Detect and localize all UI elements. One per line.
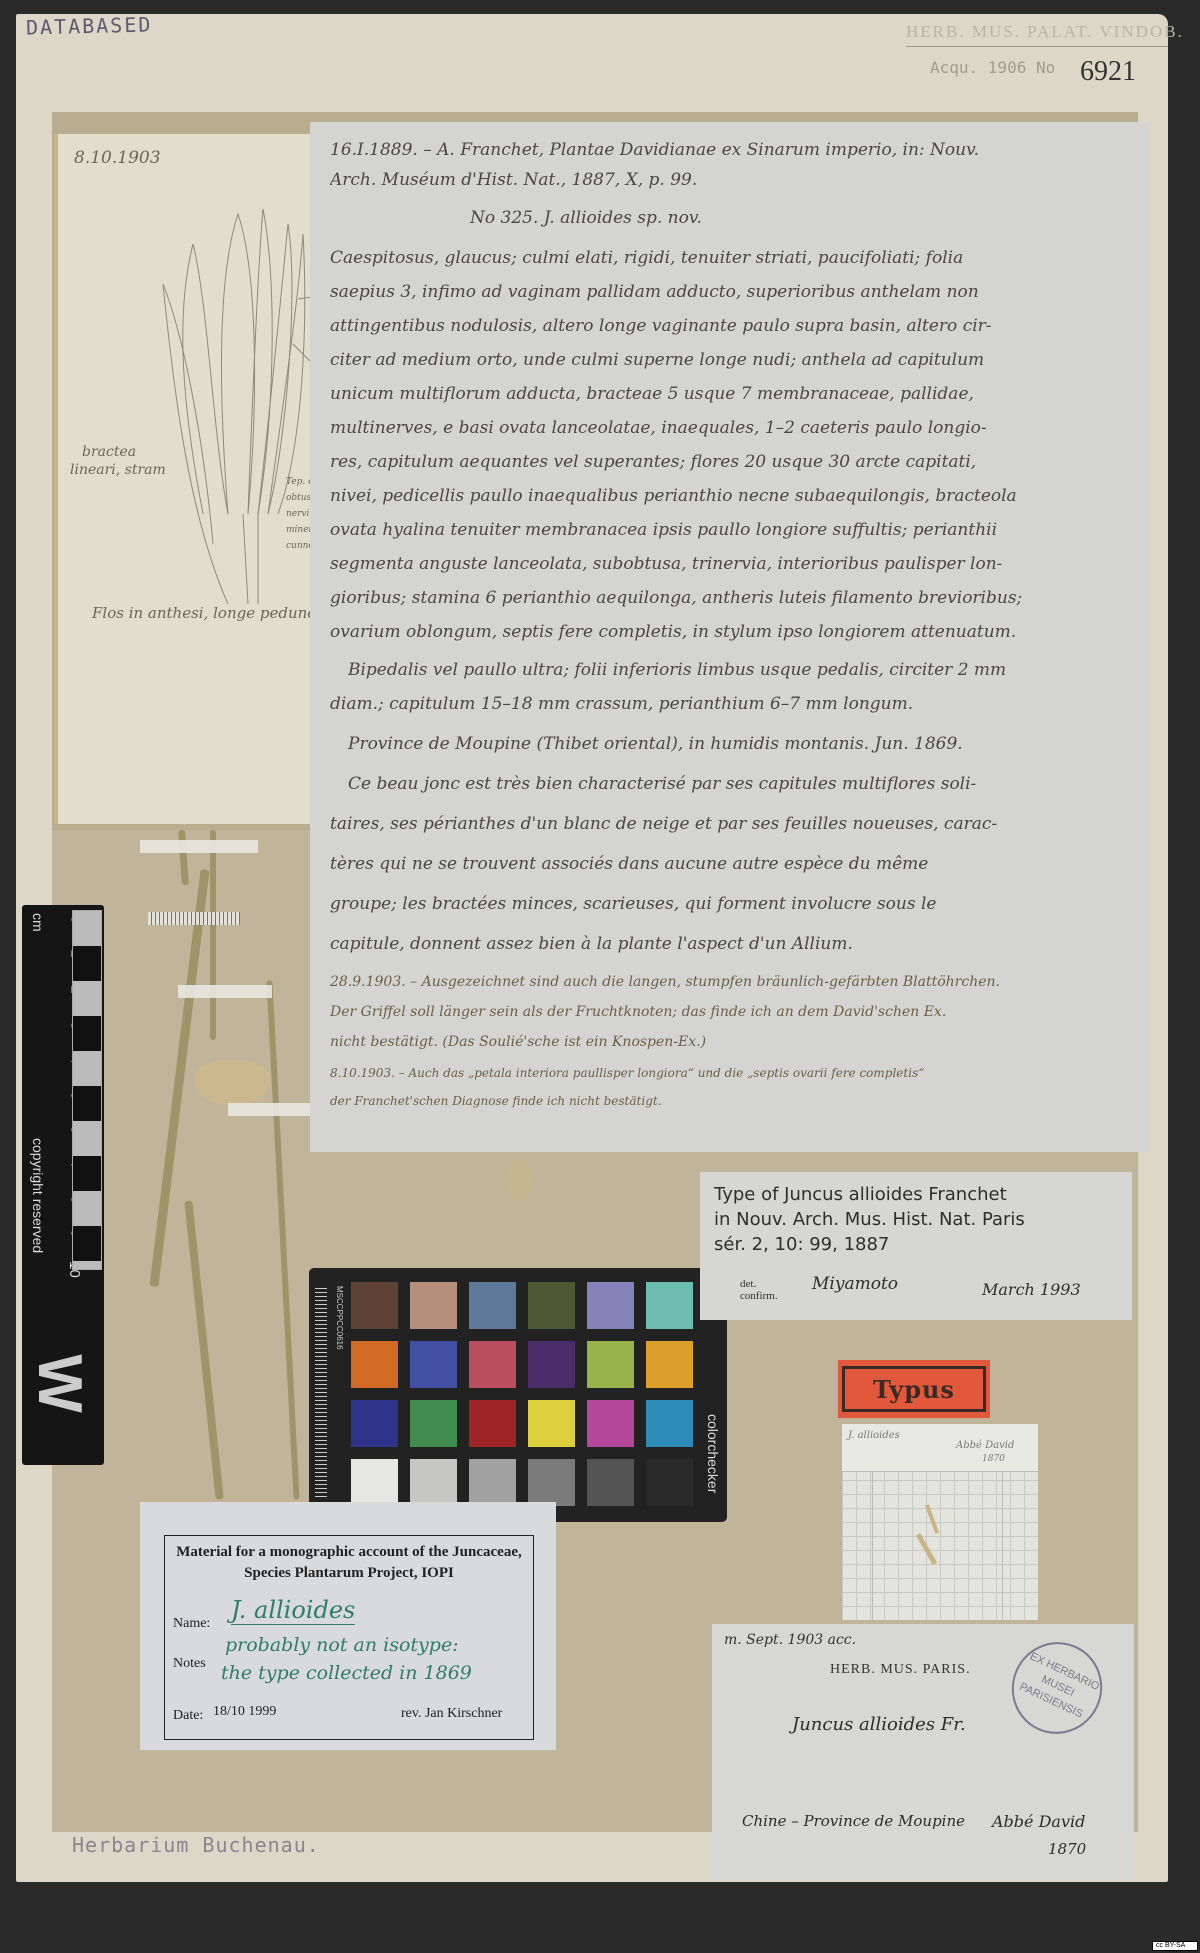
fragment-packet[interactable]: J. allioides Abbé David 1870 (842, 1424, 1038, 1620)
reviser-name: rev. Jan Kirschner (401, 1706, 502, 1722)
ruler-logo: W (24, 1354, 95, 1413)
bract-label-2: lineari, stram (70, 462, 166, 478)
color-swatch (587, 1459, 634, 1506)
notes-value-1: probably not an isotype: (225, 1634, 459, 1656)
sketch-caption: Flos in anthesi, longe peduncul (92, 604, 330, 622)
color-checker-code: MSCCPPCC0616 (335, 1286, 344, 1350)
color-swatch (410, 1282, 457, 1329)
determination-date: March 1993 (982, 1280, 1081, 1299)
color-checker-ruler (315, 1288, 327, 1500)
accession-label: Acqu. 1906 No (930, 58, 1055, 77)
color-swatch (469, 1459, 516, 1506)
packet-fold (872, 1472, 873, 1620)
flower-head (505, 1160, 533, 1200)
mounting-tape (140, 840, 258, 853)
taxon-name: Juncus allioides Fr. (792, 1714, 966, 1735)
determiner-signature: Miyamoto (812, 1274, 898, 1294)
sketch-date: 8.10.1903 (74, 148, 161, 168)
color-swatch (646, 1400, 693, 1447)
iopi-revision-label: Material for a monographic account of th… (140, 1502, 556, 1750)
color-swatch (646, 1282, 693, 1329)
color-swatch (469, 1400, 516, 1447)
color-swatch (528, 1341, 575, 1388)
color-checker-card: MSCCPPCC0616 x-rite colorchecker (309, 1268, 727, 1522)
color-swatch (646, 1459, 693, 1506)
collection-year: 1870 (1048, 1840, 1086, 1858)
color-swatch (410, 1341, 457, 1388)
bract-label: bractea (82, 444, 136, 460)
color-swatch (528, 1400, 575, 1447)
manuscript-description: 16.I.1889. – A. Franchet, Plantae Davidi… (310, 122, 1150, 1152)
color-swatch (351, 1282, 398, 1329)
color-swatch (410, 1459, 457, 1506)
locality: Chine – Province de Moupine (742, 1812, 965, 1830)
color-swatch (587, 1341, 634, 1388)
accession-number: 6921 (1080, 56, 1136, 88)
plant-fragment (925, 1504, 939, 1534)
flower-head (195, 1060, 270, 1105)
ruler-copyright: copyright reserved (30, 1138, 46, 1253)
color-swatch (351, 1341, 398, 1388)
type-determination-label: Type of Juncus allioides Franchet in Nou… (700, 1172, 1132, 1320)
mounting-tape (178, 985, 272, 998)
color-swatch (410, 1400, 457, 1447)
databased-stamp: DATABASED (26, 12, 153, 39)
ex-herbario-stamp: EX HERBARIO MUSEI PARISIENSIS (997, 1627, 1117, 1748)
color-swatch (587, 1282, 634, 1329)
color-swatch (351, 1400, 398, 1447)
color-swatch (351, 1459, 398, 1506)
color-swatch (528, 1459, 575, 1506)
paris-herbarium-label: m. Sept. 1903 acc. HERB. MUS. PARIS. EX … (712, 1624, 1134, 1880)
header-divider (906, 46, 1168, 47)
colorchecker-label: colorchecker (705, 1414, 721, 1493)
sketch-card: bractea lineari, stram Tep. ex obtusi ne… (54, 134, 322, 824)
notes-value-2: the type collected in 1869 (221, 1662, 472, 1684)
plant-fragment (916, 1533, 937, 1565)
ruler-unit: cm (30, 913, 46, 932)
ruler-scale-bar (72, 910, 102, 1270)
color-swatch (469, 1282, 516, 1329)
packet-flap: J. allioides Abbé David 1870 (842, 1424, 1038, 1472)
revision-date: 18/10 1999 (213, 1704, 276, 1720)
license-badge[interactable]: cc BY-SA (1152, 1941, 1198, 1951)
color-swatch (528, 1282, 575, 1329)
herbarium-header-stamp: HERB. MUS. PALAT. VINDOB. (906, 22, 1184, 42)
typus-label: Typus (838, 1360, 990, 1418)
packet-fold (1002, 1472, 1003, 1620)
collector: Abbé David (992, 1812, 1085, 1831)
color-swatch (469, 1341, 516, 1388)
mounting-tape (148, 912, 240, 925)
plant-stem (210, 830, 216, 1040)
color-swatch (646, 1341, 693, 1388)
color-swatch (587, 1400, 634, 1447)
color-swatch-grid (351, 1282, 693, 1506)
name-value: J. allioides (231, 1596, 355, 1625)
herbarium-buchenau-stamp: Herbarium Buchenau. (72, 1833, 320, 1857)
